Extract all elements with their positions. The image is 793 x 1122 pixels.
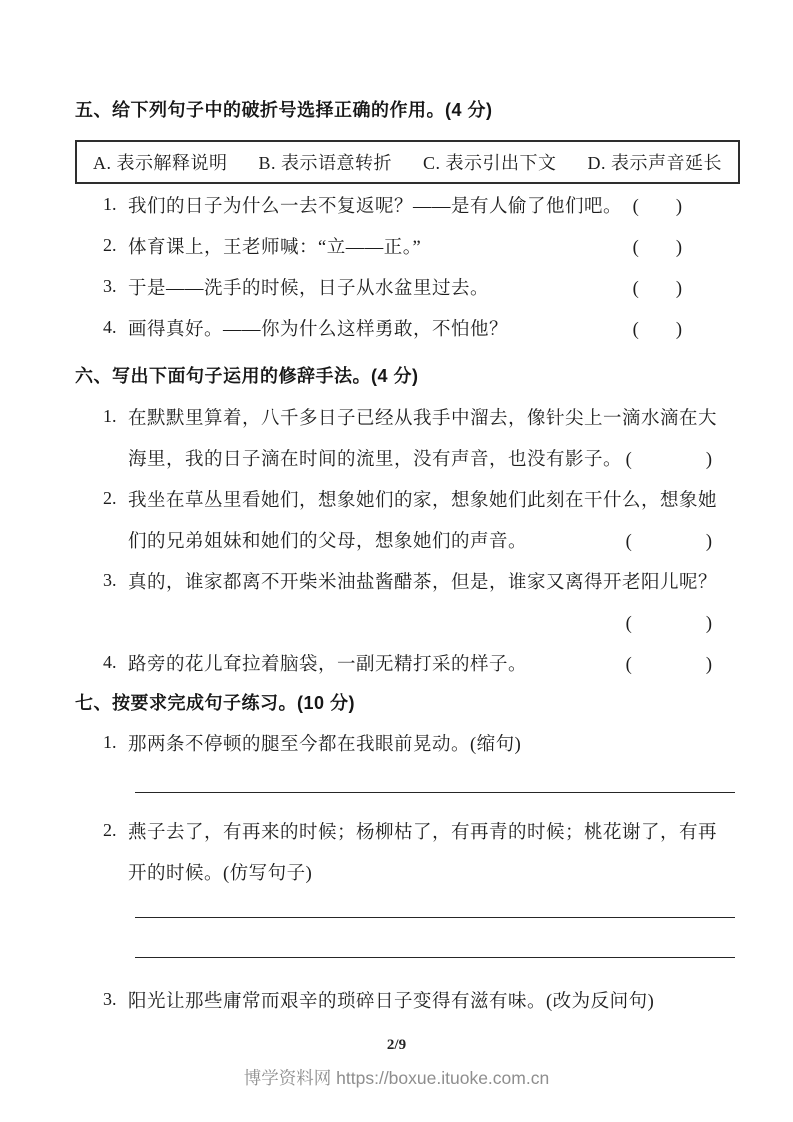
answer-blank: ( )	[633, 233, 682, 259]
item-number: 1.	[103, 732, 128, 753]
question-item: 1. 我们的日子为什么一去不复返呢？——是有人偷了他们吧。 ( )	[75, 184, 740, 225]
option-a: A. 表示解释说明	[93, 149, 228, 175]
item-number: 4.	[103, 317, 128, 338]
question-item: 2. 我坐在草丛里看她们，想象她们的家，想象她们此刻在干什么，想象她	[75, 478, 740, 519]
question-item: 4. 画得真好。——你为什么这样勇敢，不怕他？ ( )	[75, 307, 740, 348]
question-item: 3. 阳光让那些庸常而艰辛的琐碎日子变得有滋有味。(改为反问句)	[75, 979, 740, 1020]
answer-blank: ( )	[626, 527, 712, 553]
item-number: 1.	[103, 406, 128, 427]
item-text-line: 真的，谁家都离不开柴米油盐酱醋茶，但是，谁家又离得开老阳儿呢？	[128, 568, 740, 594]
item-text: 那两条不停顿的腿至今都在我眼前晃动。(缩句)	[128, 730, 740, 756]
item-text-line: 我坐在草丛里看她们，想象她们的家，想象她们此刻在干什么，想象她	[128, 486, 740, 512]
section-5-heading: 五、给下列句子中的破折号选择正确的作用。(4 分)	[75, 98, 740, 122]
item-text: 我们的日子为什么一去不复返呢？——是有人偷了他们吧。	[128, 192, 633, 218]
option-d: D. 表示声音延长	[587, 149, 722, 175]
question-item: 1. 在默默里算着，八千多日子已经从我手中溜去，像针尖上一滴水滴在大	[75, 396, 740, 437]
item-text-line: 们的兄弟姐妹和她们的父母，想象她们的声音。	[128, 527, 626, 553]
option-c: C. 表示引出下文	[423, 149, 557, 175]
section-6-heading: 六、写出下面句子运用的修辞手法。(4 分)	[75, 364, 740, 388]
question-item: 3. 于是——洗手的时候，日子从水盆里过去。 ( )	[75, 266, 740, 307]
answer-blank: ( )	[626, 609, 712, 635]
item-number: 3.	[103, 570, 128, 591]
question-item-wrap: 海里，我的日子滴在时间的流里，没有声音，也没有影子。 ( )	[75, 437, 740, 478]
worksheet-page: 五、给下列句子中的破折号选择正确的作用。(4 分) A. 表示解释说明 B. 表…	[0, 0, 793, 1122]
page-number: 2/9	[0, 1033, 793, 1057]
question-item: 4. 路旁的花儿耷拉着脑袋，一副无精打采的样子。 ( )	[75, 642, 740, 683]
item-text: 于是——洗手的时候，日子从水盆里过去。	[128, 274, 633, 300]
question-item: 1. 那两条不停顿的腿至今都在我眼前晃动。(缩句)	[75, 722, 740, 763]
question-item-wrap: ( )	[75, 601, 740, 642]
question-item: 2. 燕子去了，有再来的时候；杨柳枯了，有再青的时候；桃花谢了，有再	[75, 810, 740, 851]
answer-write-line	[135, 957, 735, 958]
section-7-heading: 七、按要求完成句子练习。(10 分)	[75, 691, 740, 715]
option-b: B. 表示语意转折	[258, 149, 392, 175]
question-item: 2. 体育课上，王老师喊：“立——正。” ( )	[75, 225, 740, 266]
item-text-line: 燕子去了，有再来的时候；杨柳枯了，有再青的时候；桃花谢了，有再	[128, 818, 740, 844]
item-text: 画得真好。——你为什么这样勇敢，不怕他？	[128, 315, 633, 341]
item-number: 2.	[103, 820, 128, 841]
answer-blank: ( )	[626, 650, 712, 676]
item-text: 体育课上，王老师喊：“立——正。”	[128, 233, 633, 259]
footer-watermark: 博学资料网 https://boxue.ituoke.com.cn	[0, 1065, 793, 1091]
dash-usage-options-box: A. 表示解释说明 B. 表示语意转折 C. 表示引出下文 D. 表示声音延长	[75, 140, 740, 184]
answer-blank: ( )	[633, 315, 682, 341]
footer-url-link[interactable]: https://boxue.ituoke.com.cn	[336, 1068, 549, 1088]
item-number: 3.	[103, 276, 128, 297]
answer-blank: ( )	[626, 445, 712, 471]
item-number: 2.	[103, 235, 128, 256]
answer-blank: ( )	[633, 274, 682, 300]
footer-site-name: 博学资料网	[244, 1068, 332, 1088]
item-text-line: 海里，我的日子滴在时间的流里，没有声音，也没有影子。	[128, 445, 626, 471]
answer-blank: ( )	[633, 192, 682, 218]
answer-write-line	[135, 792, 735, 793]
item-text-line: 开的时候。(仿写句子)	[128, 859, 740, 885]
item-text: 阳光让那些庸常而艰辛的琐碎日子变得有滋有味。(改为反问句)	[128, 987, 740, 1013]
item-number: 1.	[103, 194, 128, 215]
item-text-line: 路旁的花儿耷拉着脑袋，一副无精打采的样子。	[128, 650, 626, 676]
item-number: 3.	[103, 989, 128, 1010]
item-number: 2.	[103, 488, 128, 509]
question-item-wrap: 们的兄弟姐妹和她们的父母，想象她们的声音。 ( )	[75, 519, 740, 560]
question-item-wrap: 开的时候。(仿写句子)	[75, 851, 740, 892]
item-number: 4.	[103, 652, 128, 673]
question-item: 3. 真的，谁家都离不开柴米油盐酱醋茶，但是，谁家又离得开老阳儿呢？	[75, 560, 740, 601]
item-text-line: 在默默里算着，八千多日子已经从我手中溜去，像针尖上一滴水滴在大	[128, 404, 740, 430]
answer-write-line	[135, 917, 735, 918]
